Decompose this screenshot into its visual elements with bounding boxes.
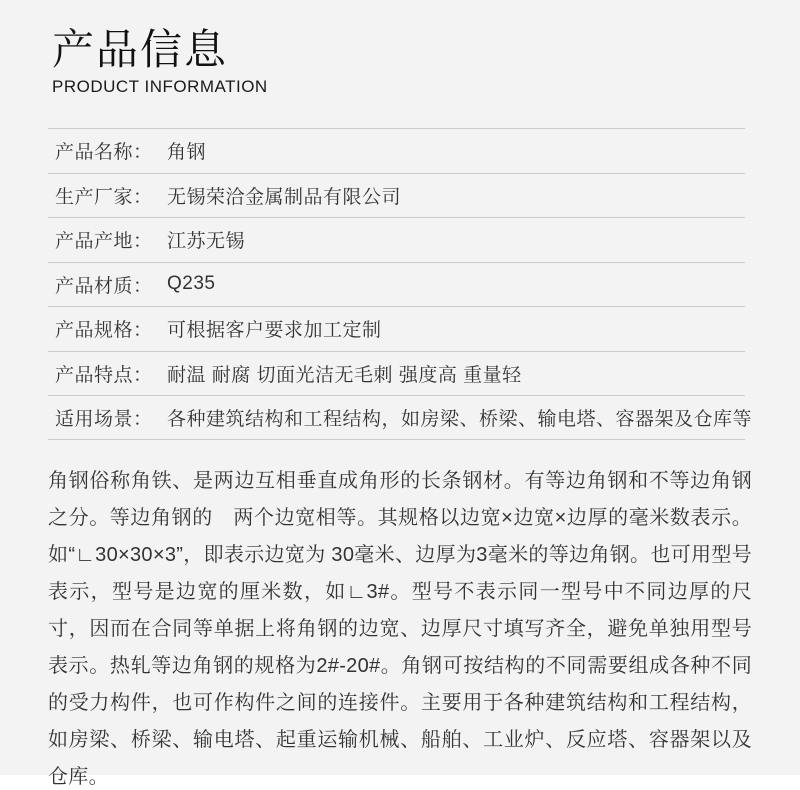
- page-subtitle: PRODUCT INFORMATION: [52, 77, 752, 97]
- product-info-panel: 产品信息 PRODUCT INFORMATION 产品名称： 角钢 生产厂家： …: [0, 0, 800, 775]
- row-label: 产品材质：: [55, 271, 155, 298]
- table-row-specification: 产品规格： 可根据客户要求加工定制: [48, 306, 745, 351]
- product-spec-table: 产品名称： 角钢 生产厂家： 无锡荣洽金属制品有限公司 产品产地： 江苏无锡 产…: [48, 128, 745, 440]
- table-row-origin: 产品产地： 江苏无锡: [48, 217, 745, 262]
- row-value: 角钢: [167, 137, 745, 164]
- page-header: 产品信息 PRODUCT INFORMATION: [0, 0, 800, 128]
- row-label: 产品产地：: [55, 226, 155, 253]
- row-label: 产品名称：: [55, 137, 155, 164]
- row-value: 耐温 耐腐 切面光洁无毛刺 强度高 重量轻: [167, 360, 745, 387]
- row-value: 无锡荣洽金属制品有限公司: [167, 182, 745, 209]
- page-title: 产品信息: [52, 26, 752, 74]
- row-label: 适用场景：: [55, 404, 155, 431]
- row-label: 产品特点：: [55, 360, 155, 387]
- row-value: Q235: [167, 273, 745, 295]
- table-row-features: 产品特点： 耐温 耐腐 切面光洁无毛刺 强度高 重量轻: [48, 351, 745, 396]
- row-label: 产品规格：: [55, 315, 155, 342]
- row-label: 生产厂家：: [55, 182, 155, 209]
- row-value: 各种建筑结构和工程结构，如房梁、桥梁、输电塔、容器架及仓库等: [167, 404, 752, 431]
- table-row-material: 产品材质： Q235: [48, 262, 745, 307]
- table-row-manufacturer: 生产厂家： 无锡荣洽金属制品有限公司: [48, 173, 745, 218]
- product-description: 角钢俗称角铁、是两边互相垂直成角形的长条钢材。有等边角钢和不等边角钢之分。等边角…: [48, 463, 752, 790]
- table-row-use-cases: 适用场景： 各种建筑结构和工程结构，如房梁、桥梁、输电塔、容器架及仓库等: [48, 395, 745, 440]
- row-value: 可根据客户要求加工定制: [167, 315, 745, 342]
- table-row-product-name: 产品名称： 角钢: [48, 128, 745, 173]
- row-value: 江苏无锡: [167, 226, 745, 253]
